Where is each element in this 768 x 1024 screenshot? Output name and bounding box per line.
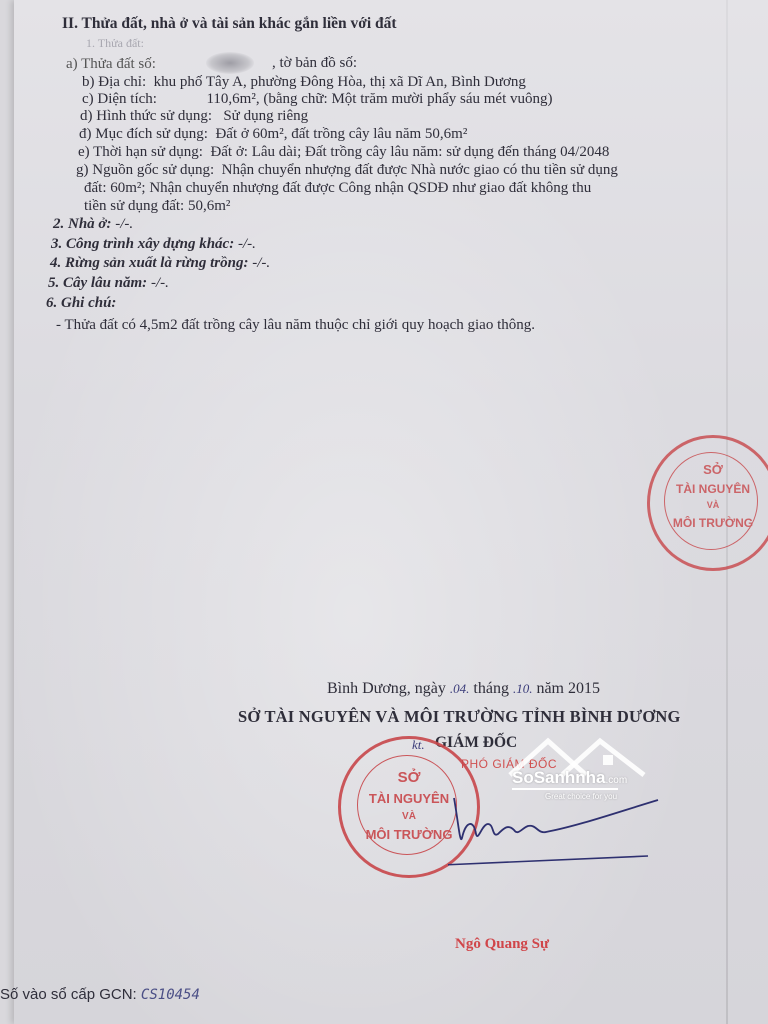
area-row: c) Diện tích: 110,6m², (bằng chữ: Một tr…: [82, 90, 552, 108]
official-stamp-faded: SỞ TÀI NGUYÊN VÀ MÔI TRƯỜNG: [647, 435, 768, 571]
month-handwritten: .10.: [513, 681, 533, 696]
parcel-number-label: a) Thửa đất số:: [66, 55, 156, 73]
forest-section: 4. Rừng sản xuất là rừng trồng: -/-.: [50, 254, 270, 272]
address-value: khu phố Tây A, phường Đông Hòa, thị xã D…: [154, 74, 526, 90]
faded-line: 1. Thửa đất:: [86, 34, 144, 52]
origin-continued-2: tiền sử dụng đất: 50,6m²: [84, 197, 230, 215]
usage-form-row: d) Hình thức sử dụng: Sử dụng riêng: [80, 107, 308, 125]
redacted-parcel-number: [206, 52, 254, 74]
usage-form-label: d) Hình thức sử dụng:: [80, 108, 212, 124]
usage-purpose-row: đ) Mục đích sử dụng: Đất ở 60m², đất trồ…: [79, 125, 467, 143]
origin-continued-1: đất: 60m²; Nhận chuyển nhượng đất được C…: [84, 179, 591, 197]
origin-row: g) Nguồn gốc sử dụng: Nhận chuyển nhượng…: [76, 161, 618, 179]
area-label: c) Diện tích:: [82, 91, 157, 107]
section-heading: II. Thửa đất, nhà ở và tài sản khác gắn …: [62, 15, 397, 33]
usage-term-value: Đất ở: Lâu dài; Đất trồng cây lâu năm: s…: [210, 144, 609, 160]
area-value: 110,6m², (bằng chữ: Một trăm mười phẩy s…: [206, 91, 552, 107]
other-construction-section: 3. Công trình xây dựng khác: -/-.: [51, 235, 256, 253]
watermark-tagline: Great choice for you: [545, 792, 617, 801]
note-text: - Thửa đất có 4,5m2 đất trồng cây lâu nă…: [56, 316, 535, 334]
usage-term-row: e) Thời hạn sử dụng: Đất ở: Lâu dài; Đất…: [78, 143, 609, 161]
registry-number-line: Số vào sổ cấp GCN: CS10454: [0, 986, 200, 1004]
usage-purpose-value: Đất ở 60m², đất trồng cây lâu năm 50,6m²: [215, 126, 467, 142]
map-sheet-label: , tờ bản đồ số:: [272, 54, 357, 72]
watermark-underline: [512, 788, 618, 790]
perennial-section: 5. Cây lâu năm: -/-.: [48, 274, 169, 292]
signer-name: Ngô Quang Sự: [455, 935, 549, 953]
day-handwritten: .04.: [450, 681, 470, 696]
house-section: 2. Nhà ở: -/-.: [53, 215, 133, 233]
registry-number: CS10454: [141, 987, 200, 1003]
usage-purpose-label: đ) Mục đích sử dụng:: [79, 126, 208, 142]
place-date-line: Bình Dương, ngày .04. tháng .10. năm 201…: [327, 680, 600, 698]
watermark-brand: SoSanhnha.com: [512, 768, 627, 788]
origin-value: Nhận chuyển nhượng đất được Nhà nước gia…: [222, 162, 618, 178]
registry-label: Số vào sổ cấp GCN:: [0, 986, 137, 1003]
address-row: b) Địa chỉ: khu phố Tây A, phường Đông H…: [82, 73, 526, 91]
usage-term-label: e) Thời hạn sử dụng:: [78, 144, 203, 160]
usage-form-value: Sử dụng riêng: [223, 108, 308, 124]
origin-label: g) Nguồn gốc sử dụng:: [76, 162, 214, 178]
address-label: b) Địa chỉ:: [82, 74, 146, 90]
notes-section: 6. Ghi chú:: [46, 294, 116, 312]
issuing-agency: SỞ TÀI NGUYÊN VÀ MÔI TRƯỜNG TỈNH BÌNH DƯ…: [238, 708, 681, 726]
